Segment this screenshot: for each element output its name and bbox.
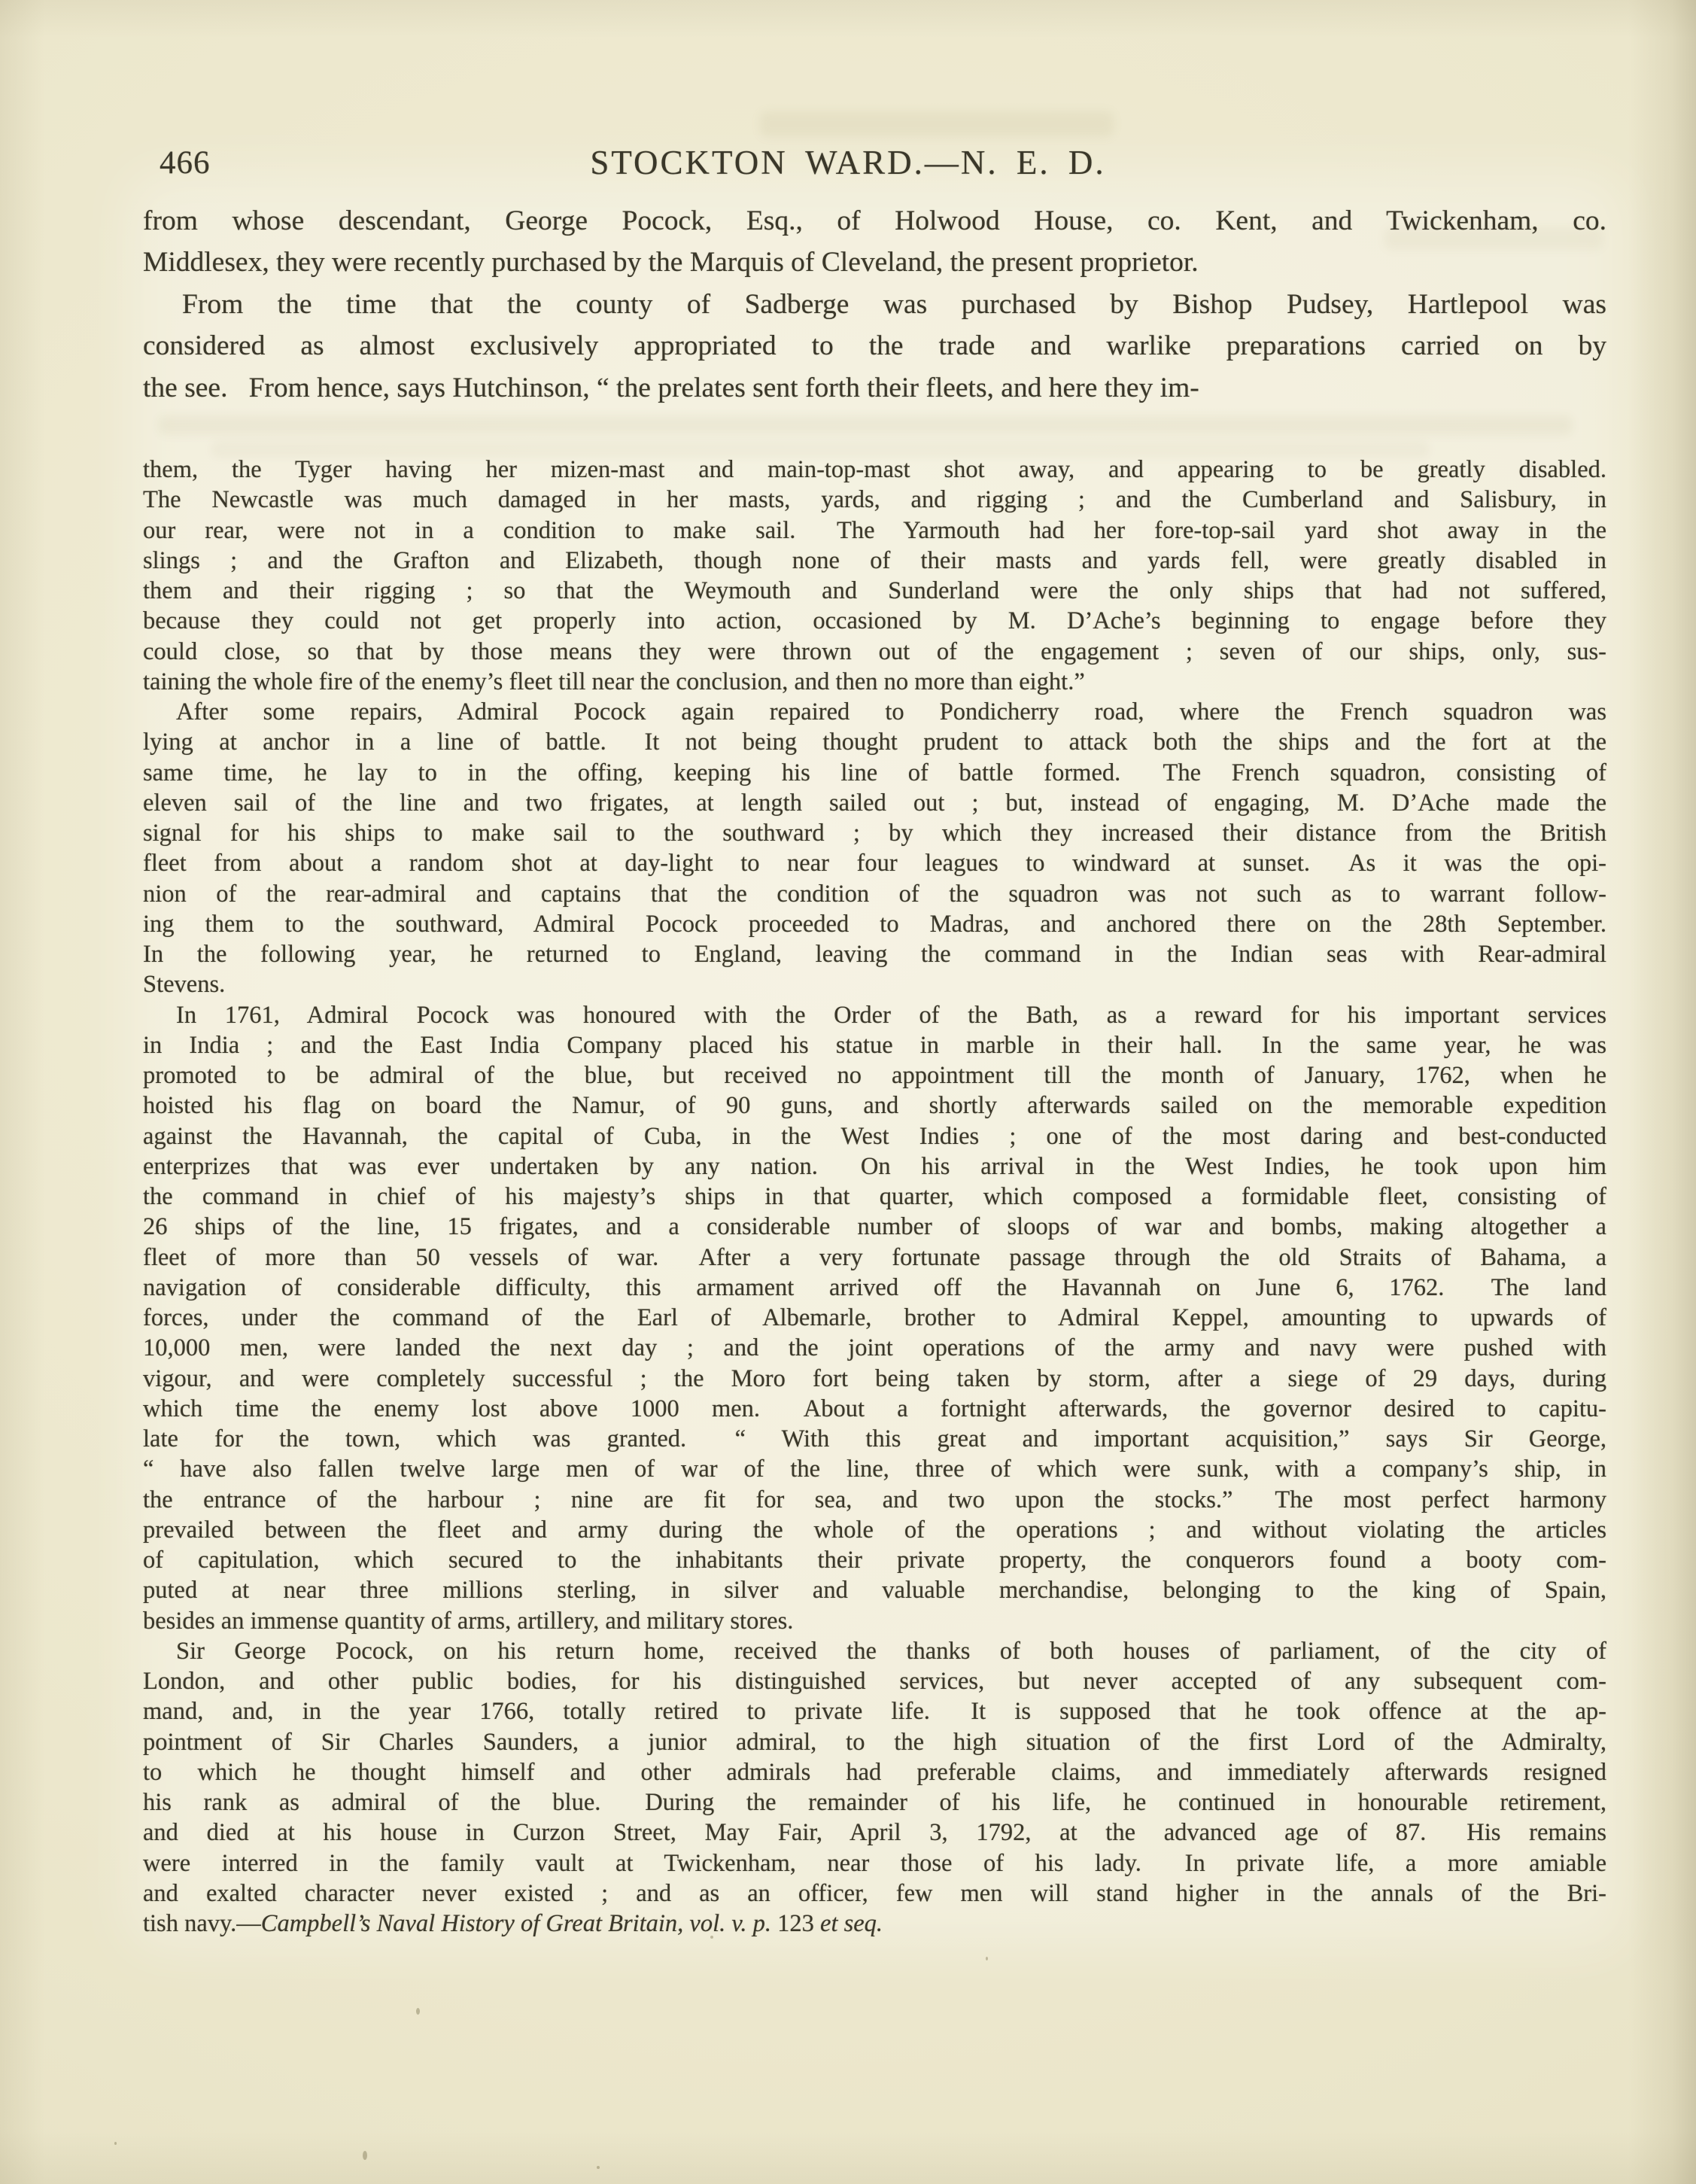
text-line: and exalted character never existed ; an…	[143, 1878, 1606, 1909]
text-line: the see. From hence, says Hutchinson, “ …	[143, 367, 1606, 409]
text-line: The Newcastle was much damaged in her ma…	[143, 485, 1606, 515]
intro-paragraph: from whose descendant, George Pocock, Es…	[143, 200, 1606, 284]
text-line: In 1761, Admiral Pocock was honoured wit…	[143, 1000, 1606, 1030]
text-line: to which he thought himself and other ad…	[143, 1757, 1606, 1787]
text-line: besides an immense quantity of arms, art…	[143, 1606, 1606, 1636]
text-line: After some repairs, Admiral Pocock again…	[143, 697, 1606, 727]
text-line: signal for his ships to make sail to the…	[143, 818, 1606, 848]
text-line: them, the Tyger having her mizen-mast an…	[143, 455, 1606, 485]
text-line: were interred in the family vault at Twi…	[143, 1848, 1606, 1878]
paper-speck	[986, 1957, 988, 1960]
intro-text: from whose descendant, George Pocock, Es…	[143, 200, 1606, 409]
text-line: fleet of more than 50 vessels of war. Af…	[143, 1243, 1606, 1273]
text-line: slings ; and the Grafton and Elizabeth, …	[143, 546, 1606, 576]
book-page: 466 STOCKTON WARD.—N. E. D. from whose d…	[0, 0, 1696, 2184]
note-paragraph: In 1761, Admiral Pocock was honoured wit…	[143, 1000, 1606, 1636]
page-edge-shading	[0, 0, 1696, 38]
text-line: puted at near three millions sterling, i…	[143, 1575, 1606, 1605]
text-line: Stevens.	[143, 969, 1606, 999]
text-line: taining the whole fire of the enemy’s fl…	[143, 667, 1606, 697]
text-line: tish navy.—Campbell’s Naval History of G…	[143, 1909, 1606, 1939]
text-line: the entrance of the harbour ; nine are f…	[143, 1485, 1606, 1515]
bleedthrough-smudge	[760, 111, 1114, 137]
text-line: In the following year, he returned to En…	[143, 939, 1606, 969]
bleedthrough-smudge	[158, 415, 1573, 435]
paper-speck	[597, 2166, 600, 2169]
note-text: them, the Tyger having her mizen-mast an…	[143, 455, 1606, 1939]
citation-italic: et seq.	[820, 1910, 883, 1937]
page-edge-shading	[0, 2131, 1696, 2184]
page-header: 466 STOCKTON WARD.—N. E. D.	[0, 143, 1696, 185]
note-paragraph: them, the Tyger having her mizen-mast an…	[143, 455, 1606, 697]
text-line: navigation of considerable difficulty, t…	[143, 1273, 1606, 1303]
text-line: because they could not get properly into…	[143, 606, 1606, 636]
text-line: the command in chief of his majesty’s sh…	[143, 1182, 1606, 1212]
text-line: hoisted his flag on board the Namur, of …	[143, 1090, 1606, 1121]
text-line: “ have also fallen twelve large men of w…	[143, 1454, 1606, 1484]
text-line: London, and other public bodies, for his…	[143, 1666, 1606, 1696]
text-line: From the time that the county of Sadberg…	[143, 284, 1606, 325]
text-line: eleven sail of the line and two frigates…	[143, 788, 1606, 818]
text-line: enterprizes that was ever undertaken by …	[143, 1151, 1606, 1182]
text-line: which time the enemy lost above 1000 men…	[143, 1394, 1606, 1424]
text-line: nion of the rear-admiral and captains th…	[143, 879, 1606, 909]
paper-speck	[363, 2151, 367, 2160]
text-line: forces, under the command of the Earl of…	[143, 1303, 1606, 1333]
text-line: 10,000 men, were landed the next day ; a…	[143, 1333, 1606, 1363]
text-line: lying at anchor in a line of battle. It …	[143, 727, 1606, 757]
text-line: Sir George Pocock, on his return home, r…	[143, 1636, 1606, 1666]
page-edge-shading	[0, 0, 45, 2184]
paper-speck	[416, 2008, 420, 2015]
text-line: our rear, were not in a condition to mak…	[143, 516, 1606, 546]
paper-speck	[114, 2142, 117, 2145]
text-line: considered as almost exclusively appropr…	[143, 325, 1606, 367]
text-line: pointment of Sir Charles Saunders, a jun…	[143, 1727, 1606, 1757]
page-number: 466	[160, 144, 211, 181]
text-line: in India ; and the East India Company pl…	[143, 1030, 1606, 1060]
text-line: could close, so that by those means they…	[143, 637, 1606, 667]
text-line: fleet from about a random shot at day-li…	[143, 848, 1606, 878]
intro-paragraph: From the time that the county of Sadberg…	[143, 284, 1606, 409]
text-line: promoted to be admiral of the blue, but …	[143, 1060, 1606, 1090]
text-line: ing them to the southward, Admiral Pococ…	[143, 909, 1606, 939]
note-paragraph: After some repairs, Admiral Pocock again…	[143, 697, 1606, 1000]
text-line: 26 ships of the line, 15 frigates, and a…	[143, 1212, 1606, 1242]
running-title: STOCKTON WARD.—N. E. D.	[0, 143, 1696, 182]
text-line: of capitulation, which secured to the in…	[143, 1545, 1606, 1575]
text-line: against the Havannah, the capital of Cub…	[143, 1121, 1606, 1151]
text-line: vigour, and were completely successful ;…	[143, 1364, 1606, 1394]
text-line: same time, he lay to in the offing, keep…	[143, 758, 1606, 788]
text-line: mand, and, in the year 1766, totally ret…	[143, 1696, 1606, 1726]
text-line: his rank as admiral of the blue. During …	[143, 1787, 1606, 1817]
citation-text: tish navy.—	[143, 1910, 261, 1937]
citation-text: 123	[777, 1910, 820, 1937]
text-line: Middlesex, they were recently purchased …	[143, 242, 1606, 283]
page-edge-shading	[1628, 0, 1696, 2184]
text-line: and died at his house in Curzon Street, …	[143, 1817, 1606, 1848]
text-line: them and their rigging ; so that the Wey…	[143, 576, 1606, 606]
note-paragraph: Sir George Pocock, on his return home, r…	[143, 1636, 1606, 1939]
citation-italic: Campbell’s Naval History of Great Britai…	[261, 1910, 777, 1937]
text-line: late for the town, which was granted. “ …	[143, 1424, 1606, 1454]
text-line: prevailed between the fleet and army dur…	[143, 1515, 1606, 1545]
text-line: from whose descendant, George Pocock, Es…	[143, 200, 1606, 242]
